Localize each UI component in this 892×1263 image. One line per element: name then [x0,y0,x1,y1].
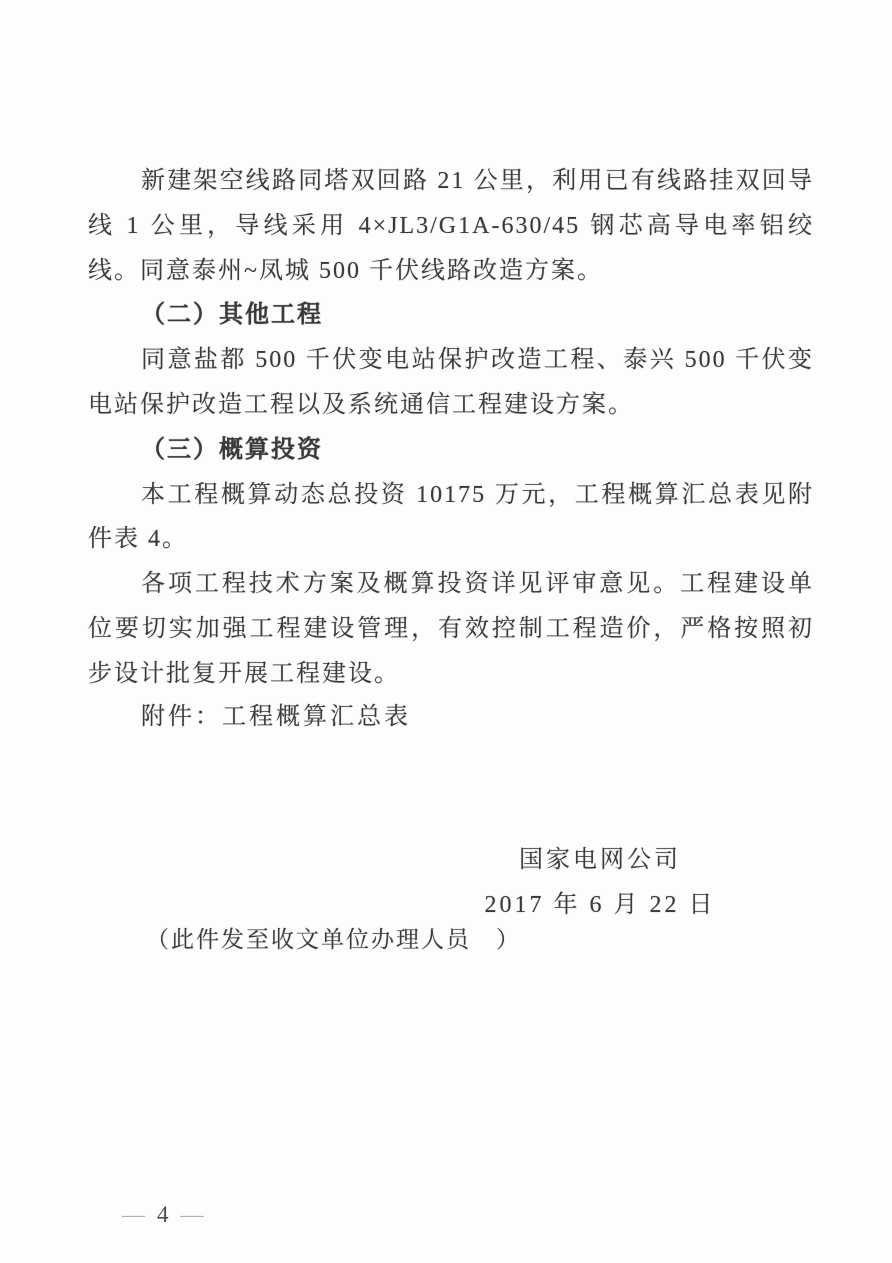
paragraph-line-construction: 新建架空线路同塔双回路 21 公里，利用已有线路挂双回导线 1 公里，导线采用 … [88,159,814,293]
footer-right-dash: — [171,1202,216,1227]
paragraph-other-projects: 同意盐都 500 千伏变电站保护改造工程、泰兴 500 千伏变电站保护改造工程以… [88,338,814,428]
attachment-line: 附件：工程概算汇总表 [88,695,814,740]
signature-organization: 国家电网公司 [450,838,750,883]
footer-left-dash: — [112,1202,157,1227]
paragraph-review-requirements: 各项工程技术方案及概算投资详见评审意见。工程建设单位要切实加强工程建设管理，有效… [88,562,814,696]
section-heading-budget-investment: （三）概算投资 [88,428,814,473]
distribution-note: （此件发至收文单位办理人员 ） [88,918,814,963]
paragraph-budget-total: 本工程概算动态总投资 10175 万元，工程概算汇总表见附件表 4。 [88,473,814,563]
footer-page-number: 4 [157,1202,171,1227]
signature-block: 国家电网公司 2017 年 6 月 22 日 [450,838,750,928]
section-heading-other-projects: （二）其他工程 [88,293,814,338]
document-body: 新建架空线路同塔双回路 21 公里，利用已有线路挂双回导线 1 公里，导线采用 … [88,159,814,697]
page-footer: —4— [112,1198,216,1232]
scanned-document-page: 新建架空线路同塔双回路 21 公里，利用已有线路挂双回导线 1 公里，导线采用 … [0,0,892,1263]
